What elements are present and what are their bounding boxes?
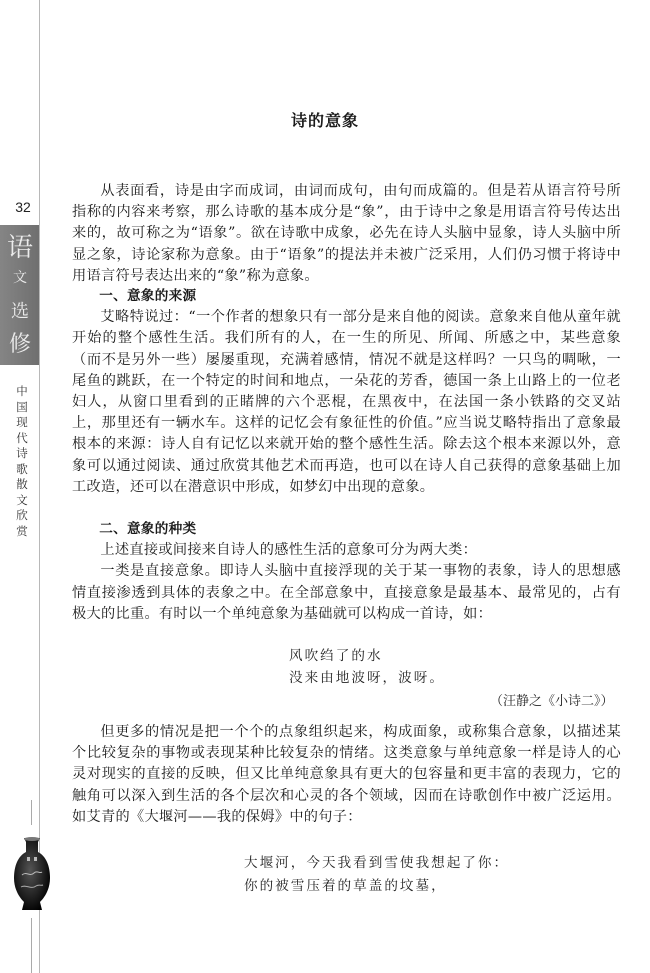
poem-line: 没来由地波呀，波呀。 <box>289 667 445 689</box>
poem-line: 你的被雪压着的草盖的坟墓， <box>244 875 509 898</box>
poem-quote-1: 风吹绉了的水 没来由地波呀，波呀。 <box>289 645 445 689</box>
section-heading-types: 二、意象的种类 <box>72 519 621 540</box>
page-number: 32 <box>8 199 38 215</box>
book-series-title: 中国现代诗歌散文欣赏 <box>14 384 30 539</box>
page-title: 诗的意象 <box>0 108 650 131</box>
section-types-continued: 但更多的情况是把一个个的点象组织起来，构成面象，或称集合意象，以描述某个比较复杂… <box>72 722 621 828</box>
band-char-3: 选 <box>4 297 36 323</box>
band-char-2: 文 <box>4 267 36 287</box>
section-types-paragraph-2: 一类是直接意象。即诗人头脑中直接浮现的关于某一事物的表象，诗人的思想感情直接渗透… <box>72 561 621 625</box>
section-source-paragraph: 艾略特说过：“一个作者的想象只有一部分是来自他的阅读。意象来自他从童年就开始的整… <box>72 307 621 498</box>
section-types-paragraph-3: 但更多的情况是把一个个的点象组织起来，构成面象，或称集合意象，以描述某个比较复杂… <box>72 722 621 828</box>
section-types-paragraph-1: 上述直接或间接来自诗人的感性生活的意象可分为两大类： <box>72 540 621 561</box>
section-types: 二、意象的种类 上述直接或间接来自诗人的感性生活的意象可分为两大类： 一类是直接… <box>72 519 621 625</box>
decorative-vase-icon <box>12 835 52 913</box>
vase-line-bottom <box>31 918 32 973</box>
section-source: 一、意象的来源 艾略特说过：“一个作者的想象只有一部分是来自他的阅读。意象来自他… <box>72 286 621 498</box>
section-heading-source: 一、意象的来源 <box>72 286 621 307</box>
band-char-4: 修 <box>4 327 36 358</box>
poem-attribution: （汪静之《小诗二》） <box>490 690 614 709</box>
book-series-band: 语 文 选 修 <box>0 225 39 365</box>
vase-line-top <box>31 800 32 825</box>
intro-section: 从表面看，诗是由字而成词，由词而成句，由句而成篇的。但是若从语言符号所指称的内容… <box>72 181 621 287</box>
poem-line: 风吹绉了的水 <box>289 645 445 667</box>
band-char-1: 语 <box>4 227 36 264</box>
margin-divider <box>39 0 40 973</box>
poem-line: 大堰河，今天我看到雪使我想起了你： <box>244 852 509 875</box>
poem-quote-2: 大堰河，今天我看到雪使我想起了你： 你的被雪压着的草盖的坟墓， <box>244 852 509 898</box>
intro-paragraph: 从表面看，诗是由字而成词，由词而成句，由句而成篇的。但是若从语言符号所指称的内容… <box>72 181 621 287</box>
